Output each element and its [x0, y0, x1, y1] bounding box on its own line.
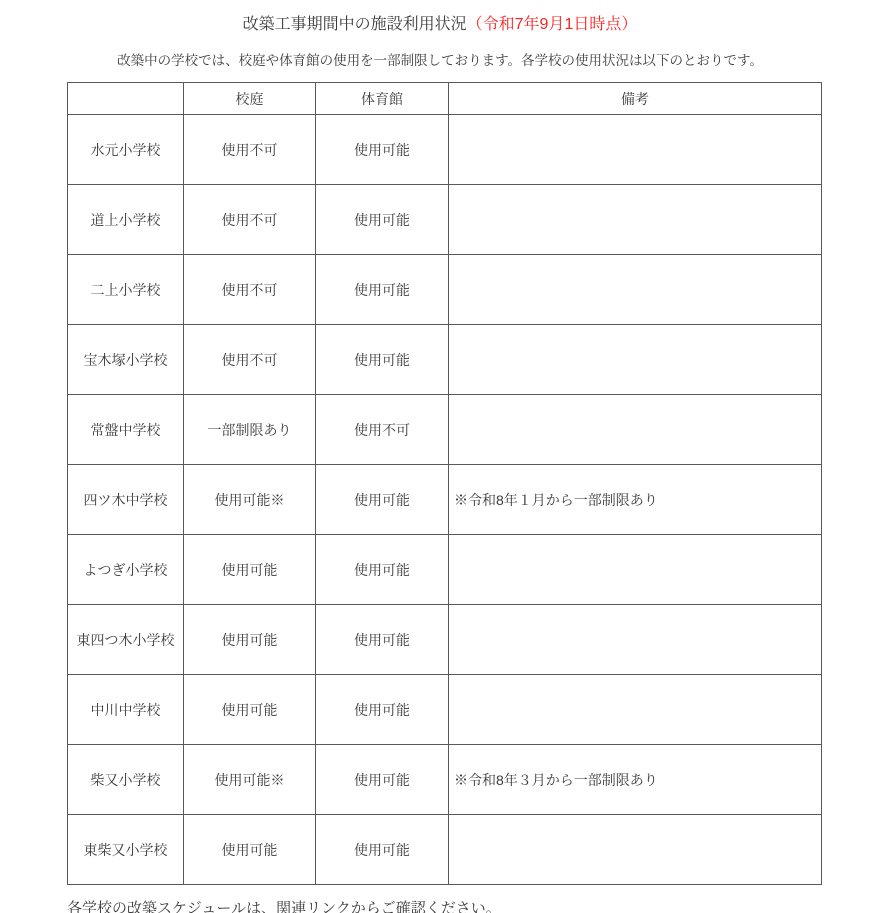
school-name-cell: 常盤中学校 [68, 395, 184, 465]
school-name-cell: 柴又小学校 [68, 745, 184, 815]
ground-status-cell: 使用可能※ [184, 465, 316, 535]
ground-status-cell: 使用可能 [184, 535, 316, 605]
school-name-cell: 道上小学校 [68, 185, 184, 255]
ground-status-cell: 使用不可 [184, 115, 316, 185]
table-row: 二上小学校 使用不可 使用可能 [68, 255, 822, 325]
school-name-cell: 東柴又小学校 [68, 815, 184, 885]
note-cell [449, 395, 822, 465]
note-cell [449, 115, 822, 185]
page-title-date-note: （令和7年9月1日時点） [467, 16, 638, 33]
ground-status-cell: 使用可能※ [184, 745, 316, 815]
note-cell [449, 185, 822, 255]
school-name-cell: 宝木塚小学校 [68, 325, 184, 395]
gym-status-cell: 使用可能 [316, 815, 449, 885]
gym-status-cell: 使用不可 [316, 395, 449, 465]
note-cell [449, 325, 822, 395]
page-title: 改築工事期間中の施設利用状況（令和7年9月1日時点） [0, 0, 880, 34]
page-subtitle: 改築中の学校では、校庭や体育館の使用を一部制限しております。各学校の使用状況は以… [0, 49, 880, 69]
table-row: 東柴又小学校 使用可能 使用可能 [68, 815, 822, 885]
ground-status-cell: 一部制限あり [184, 395, 316, 465]
table-row: よつぎ小学校 使用可能 使用可能 [68, 535, 822, 605]
note-cell [449, 535, 822, 605]
note-cell: ※令和8年１月から一部制限あり [449, 465, 822, 535]
table-row: 柴又小学校 使用可能※ 使用可能 ※令和8年３月から一部制限あり [68, 745, 822, 815]
ground-status-cell: 使用可能 [184, 815, 316, 885]
table-row: 宝木塚小学校 使用不可 使用可能 [68, 325, 822, 395]
note-cell [449, 815, 822, 885]
header-school [68, 83, 184, 115]
facility-status-table: 校庭 体育館 備考 水元小学校 使用不可 使用可能 道上小学校 使用不可 使用可… [67, 82, 822, 885]
gym-status-cell: 使用可能 [316, 535, 449, 605]
header-gym: 体育館 [316, 83, 449, 115]
school-name-cell: 中川中学校 [68, 675, 184, 745]
table-row: 道上小学校 使用不可 使用可能 [68, 185, 822, 255]
gym-status-cell: 使用可能 [316, 605, 449, 675]
ground-status-cell: 使用可能 [184, 605, 316, 675]
page: 改築工事期間中の施設利用状況（令和7年9月1日時点） 改築中の学校では、校庭や体… [0, 0, 880, 913]
table-row: 常盤中学校 一部制限あり 使用不可 [68, 395, 822, 465]
gym-status-cell: 使用可能 [316, 115, 449, 185]
ground-status-cell: 使用不可 [184, 325, 316, 395]
school-name-cell: よつぎ小学校 [68, 535, 184, 605]
note-cell: ※令和8年３月から一部制限あり [449, 745, 822, 815]
gym-status-cell: 使用可能 [316, 325, 449, 395]
note-cell [449, 605, 822, 675]
gym-status-cell: 使用可能 [316, 185, 449, 255]
ground-status-cell: 使用不可 [184, 255, 316, 325]
gym-status-cell: 使用可能 [316, 675, 449, 745]
note-cell [449, 675, 822, 745]
ground-status-cell: 使用不可 [184, 185, 316, 255]
gym-status-cell: 使用可能 [316, 745, 449, 815]
school-name-cell: 東四つ木小学校 [68, 605, 184, 675]
school-name-cell: 水元小学校 [68, 115, 184, 185]
note-cell [449, 255, 822, 325]
footer-note: 各学校の改築スケジュールは、関連リンクからご確認ください。 [67, 897, 880, 913]
school-name-cell: 四ツ木中学校 [68, 465, 184, 535]
table-row: 中川中学校 使用可能 使用可能 [68, 675, 822, 745]
table-row: 四ツ木中学校 使用可能※ 使用可能 ※令和8年１月から一部制限あり [68, 465, 822, 535]
table-row: 東四つ木小学校 使用可能 使用可能 [68, 605, 822, 675]
school-name-cell: 二上小学校 [68, 255, 184, 325]
gym-status-cell: 使用可能 [316, 255, 449, 325]
header-ground: 校庭 [184, 83, 316, 115]
gym-status-cell: 使用可能 [316, 465, 449, 535]
table-row: 水元小学校 使用不可 使用可能 [68, 115, 822, 185]
table-header-row: 校庭 体育館 備考 [68, 83, 822, 115]
header-note: 備考 [449, 83, 822, 115]
page-title-main: 改築工事期間中の施設利用状況 [243, 16, 467, 33]
ground-status-cell: 使用可能 [184, 675, 316, 745]
